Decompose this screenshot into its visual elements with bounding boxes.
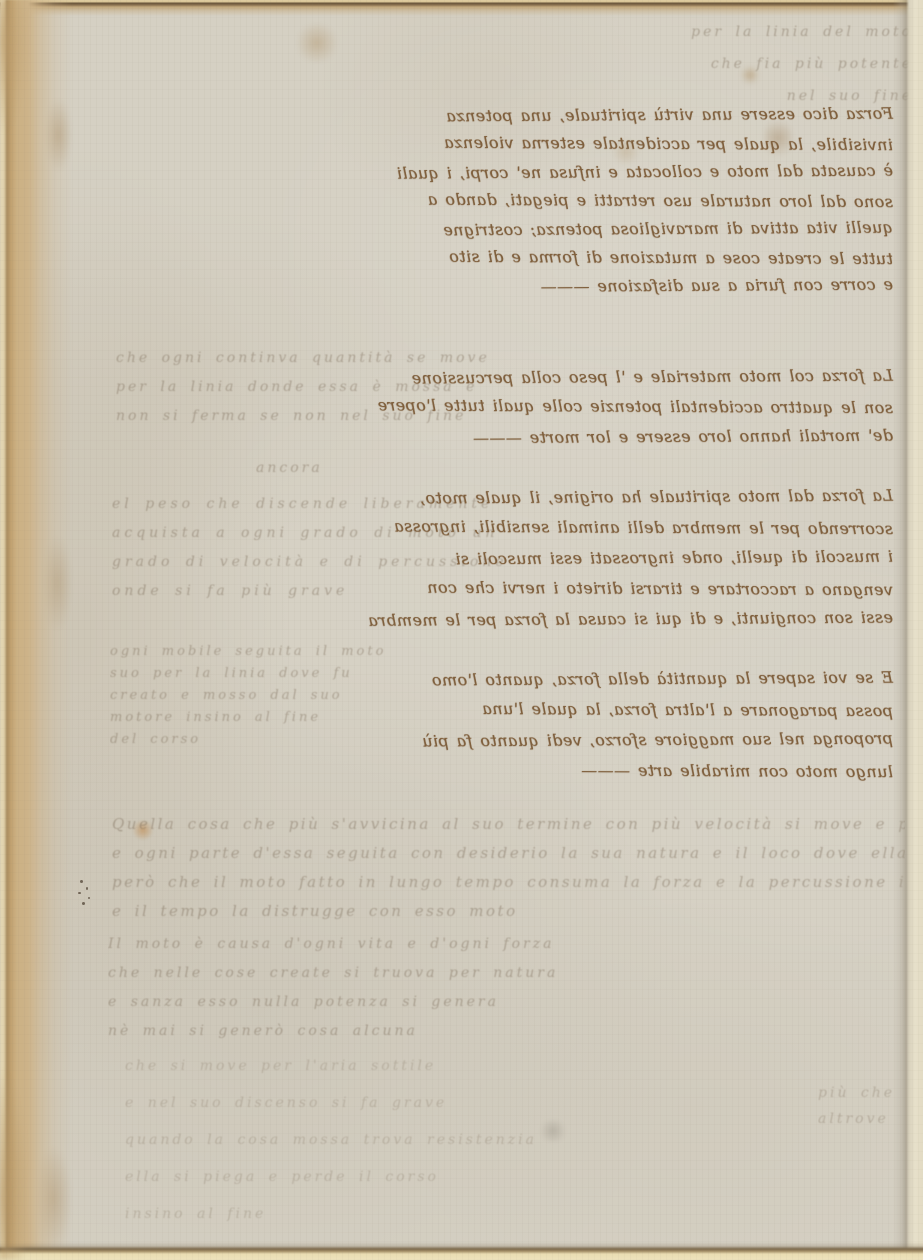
showthrough-line: suo per la linia dove fu <box>110 663 475 685</box>
showthrough-line: Quella cosa che più s'avvicina al suo te… <box>112 810 905 839</box>
manuscript-line: quelli vita attiva di maravigliosa poten… <box>450 214 893 245</box>
manuscript-line: son le quattro accidentali potenzie coll… <box>450 391 893 423</box>
showthrough-line: e il tempo la distrugge con esso moto <box>112 897 905 926</box>
manuscript-line: possa paragonare a l'altra forza, la qua… <box>450 693 893 726</box>
showthrough-block-lower-2: Il moto è causa d'ogni vita e d'ogni for… <box>108 930 653 1046</box>
showthrough-line: ogni mobile seguita il moto <box>110 641 475 663</box>
showthrough-block-top-right: per la linia del motoche fia più potente… <box>603 16 913 112</box>
showthrough-line: nè mai si generò cosa alcuna <box>108 1017 653 1046</box>
pencil-smudge <box>538 1120 568 1142</box>
showthrough-line: e sanza esso nulla potenza si genera <box>108 988 653 1017</box>
manuscript-line: tutte le create cose a mutazione di form… <box>450 242 893 273</box>
manuscript-line: proponga nel suo maggiore sforzo, vedi q… <box>450 724 893 757</box>
manuscript-line: i muscoli di quelli, onde ingrossati ess… <box>450 542 893 575</box>
showthrough-line: del corso <box>110 729 475 751</box>
ink-speckles <box>74 878 100 908</box>
ink-text-block-4: E se voi sapere la quantità della forza,… <box>450 664 893 786</box>
showthrough-line: motore insino al fine <box>110 707 475 729</box>
showthrough-line: ella si piega e perde il corso <box>125 1159 605 1196</box>
manuscript-line: E se voi sapere la quantità della forza,… <box>450 663 893 696</box>
showthrough-line: e nel suo discenso si fa grave <box>125 1085 605 1122</box>
corner-wear-top-left <box>0 0 40 150</box>
showthrough-line: Il moto è causa d'ogni vita e d'ogni for… <box>108 930 653 959</box>
showthrough-line: e ogni parte d'essa seguita con desideri… <box>112 839 905 868</box>
manuscript-line: e corre con furia a sua disfazione ——— <box>450 271 893 302</box>
manuscript-line: de' mortali hanno loro essere e lor mort… <box>450 421 893 454</box>
showthrough-line: che nelle cose create si truova per natu… <box>108 959 653 988</box>
showthrough-line: che fia più potente <box>603 48 913 80</box>
manuscript-line: La forza col moto materiale e 'l peso co… <box>450 361 893 394</box>
ink-text-block-1: Forza dico essere una virtù spirituale, … <box>450 101 893 301</box>
manuscript-line: scorrendo per le membra delli animali se… <box>450 511 893 544</box>
manuscript-line: sono dal loro naturale uso retratti e pi… <box>450 185 893 216</box>
manuscript-line: Forza dico essere una virtù spirituale, … <box>450 100 893 131</box>
showthrough-line: però che il moto fatto in lungo tempo co… <box>112 868 905 897</box>
showthrough-word: ancora <box>256 454 376 483</box>
manuscript-line: è causata dal moto e collocata e infusa … <box>450 157 893 188</box>
showthrough-line: quando la cosa mossa trova resistenzia <box>125 1122 605 1159</box>
showthrough-line: ancora <box>256 454 376 483</box>
page-top-edge <box>0 0 923 16</box>
showthrough-block-lower-1: Quella cosa che più s'avvicina al suo te… <box>112 810 905 926</box>
paper-stain <box>132 820 154 840</box>
paper-stain <box>740 66 760 84</box>
page-bottom-edge <box>0 1242 923 1260</box>
manuscript-page: per la linia del motoche fia più potente… <box>0 0 923 1260</box>
manuscript-line: lungo moto con mirabile arte ——— <box>450 754 893 787</box>
ink-text-block-3: La forza dal moto spirituale ha origine,… <box>450 482 893 635</box>
showthrough-line: che si move per l'aria sottile <box>125 1048 605 1085</box>
manuscript-line: La forza dal moto spirituale ha origine,… <box>450 481 893 514</box>
showthrough-line: per la linia del moto <box>603 16 913 48</box>
showthrough-block-mid-left-3: ogni mobile seguita il motosuo per la li… <box>110 641 475 751</box>
showthrough-line: insino al fine <box>125 1196 605 1233</box>
manuscript-line: vengano a raccortare e tirarsi dirieto i… <box>450 572 893 605</box>
corner-wear-bottom-left <box>0 1050 44 1260</box>
manuscript-line: essi son congiunti, e di qui si causa la… <box>450 603 893 636</box>
manuscript-line: invisibile, la quale per accidentale est… <box>450 128 893 159</box>
ink-text-block-2: La forza col moto materiale e 'l peso co… <box>450 362 893 452</box>
showthrough-block-bottom: che si move per l'aria sottilee nel suo … <box>125 1048 605 1233</box>
paper-stain <box>294 24 340 62</box>
showthrough-line: creato e mosso dal suo <box>110 685 475 707</box>
page-right-edge <box>893 0 923 1260</box>
